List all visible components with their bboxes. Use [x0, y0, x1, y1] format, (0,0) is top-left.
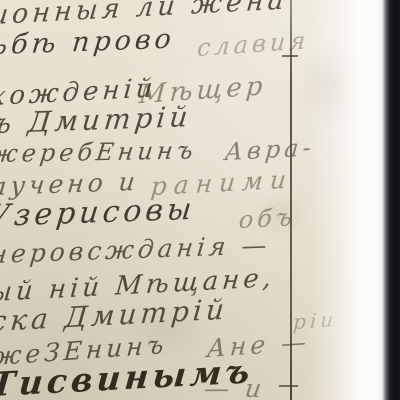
paper-stain [120, 300, 210, 360]
handwriting-line: хожденій [0, 75, 158, 110]
handwriting-line: раними [150, 167, 294, 200]
handwriting-line: Узерисовы [0, 195, 197, 232]
manuscript-scan: ионныя ли жена ьбѣ прово славия хожденій… [0, 0, 400, 400]
handwriting-line: ска Дмитрій [0, 296, 229, 337]
handwriting-line: лучено и [0, 169, 140, 199]
handwriting-line: жеЗЕнинъ [0, 332, 168, 369]
margin-tick [279, 385, 298, 387]
handwriting-line: Ане — [206, 329, 311, 361]
paper-stain [250, 190, 310, 240]
margin-tick [282, 55, 298, 57]
handwriting-line: ьбѣ прово [0, 26, 176, 59]
handwriting-line: ріи [293, 309, 338, 332]
page-edge-highlight [308, 0, 388, 400]
paper-stain [300, 40, 370, 130]
handwriting-line: ый ній Мѣщане, [0, 265, 276, 306]
scanner-background [382, 0, 400, 400]
margin-rule-line [290, 0, 292, 400]
handwriting-line: ъ Дмитрій [0, 103, 193, 138]
handwriting-line: Мѣщер [138, 73, 267, 108]
handwriting-line: жеребЕнинъ [0, 138, 198, 166]
handwriting-line: Авра- [224, 135, 316, 164]
handwriting-line: — и [202, 376, 267, 400]
handwriting-line: Тисвинымъ [0, 354, 255, 400]
handwriting-line: неровсжданія — [0, 232, 272, 267]
handwriting-line: ионныя ли жена [0, 0, 289, 29]
handwriting-line: объ [238, 205, 297, 232]
